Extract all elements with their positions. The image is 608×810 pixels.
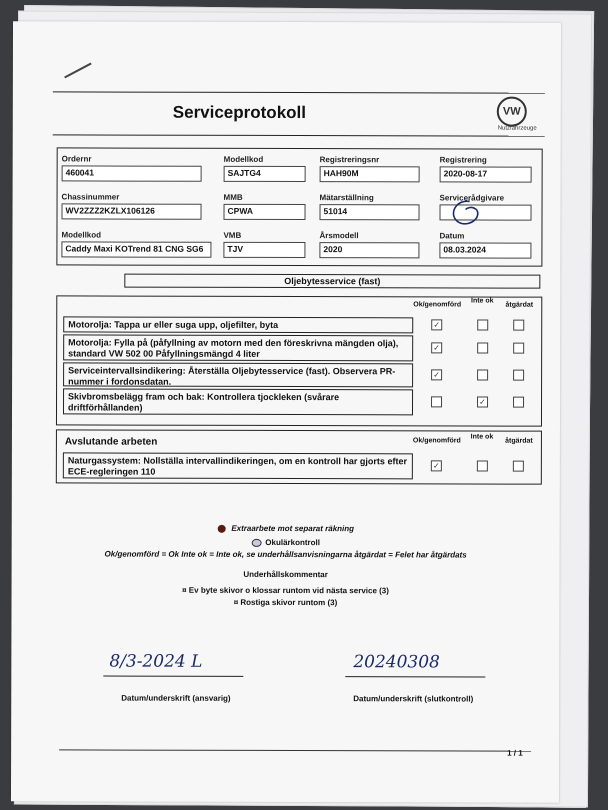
checkbox-inte-ok[interactable] xyxy=(477,460,488,471)
comment-item: ¤ Rostiga skivor runtom (3) xyxy=(11,597,559,607)
col-atgardat: åtgärdat xyxy=(501,438,537,445)
table-row: Naturgassystem: Nollställa intervallindi… xyxy=(63,452,413,479)
modellkod-field: Modellkod SAJTG4 xyxy=(224,155,306,182)
service-protocol-page: Serviceprotokoll VW Nutzfahrzeuge Ordern… xyxy=(11,21,561,802)
right-signature-label: Datum/underskrift (slutkontroll) xyxy=(353,694,473,703)
final-work-table: Avslutande arbeten Ok/genomförd Inte ok … xyxy=(56,429,542,484)
legend-extra: Extraarbete mot separat räkning xyxy=(12,523,560,533)
mmb-field: MMB CPWA xyxy=(224,193,306,220)
checkbox-atgardat[interactable] xyxy=(513,320,524,331)
legend-explanation: Ok/genomförd = Ok Inte ok = Inte ok, se … xyxy=(12,549,560,559)
checkbox-atgardat[interactable] xyxy=(513,397,524,408)
checkbox-ok[interactable] xyxy=(431,396,442,407)
checkbox-inte-ok[interactable] xyxy=(477,343,488,354)
table-row: Motorolja: Tappa ur eller suga upp, olje… xyxy=(63,316,413,333)
oil-section-title: Oljebytesservice (fast) xyxy=(124,274,540,289)
page-title: Serviceprotokoll xyxy=(173,103,306,123)
datum-field: Datum 08.03.2024 xyxy=(439,231,531,258)
table-row: Skivbromsbelägg fram och bak: Kontroller… xyxy=(63,388,413,415)
extra-work-dot-icon xyxy=(217,525,225,533)
checkbox-inte-ok[interactable] xyxy=(477,370,488,381)
checkbox-ok[interactable]: ✓ xyxy=(431,369,442,380)
ordernr-field: Ordernr 460041 xyxy=(62,154,202,181)
right-signature-line xyxy=(345,676,485,677)
pen-mark xyxy=(64,63,91,79)
comment-item: ¤ Ev byte skivor o klossar runtom vid nä… xyxy=(12,585,560,595)
vehicle-info-box: Ordernr 460041 Modellkod SAJTG4 Registre… xyxy=(56,147,542,266)
vw-logo-icon: VW xyxy=(497,97,527,127)
eye-icon xyxy=(251,539,261,547)
chassinummer-field: Chassinummer WV2ZZZ2KZLX106126 xyxy=(62,192,202,219)
checkbox-ok[interactable]: ✓ xyxy=(431,319,442,330)
col-inte-ok: Inte ok xyxy=(469,433,495,440)
footer-divider xyxy=(59,749,531,751)
brand-subtitle: Nutzfahrzeuge xyxy=(498,126,537,132)
advisor-signature xyxy=(439,193,499,233)
table-row: Serviceintervallsindikering: Återställa … xyxy=(63,362,413,387)
checkbox-atgardat[interactable] xyxy=(513,370,524,381)
checkbox-inte-ok[interactable] xyxy=(477,320,488,331)
right-signature: 20240308 xyxy=(353,652,440,672)
arsmodell-field: Årsmodell 2020 xyxy=(319,231,419,258)
document-header: Serviceprotokoll VW Nutzfahrzeuge xyxy=(53,91,545,136)
legend-visual: Okulärkontroll xyxy=(12,537,560,547)
col-ok: Ok/genomförd xyxy=(413,437,459,444)
checkbox-ok[interactable]: ✓ xyxy=(431,342,442,353)
comments-title: Underhållskommentar xyxy=(12,569,560,579)
table-row: Motorolja: Fylla på (påfyllning av motor… xyxy=(63,334,413,361)
page-number: 1 / 1 xyxy=(507,749,523,758)
registrering-field: Registrering 2020-08-17 xyxy=(440,155,532,182)
matarstallning-field: Mätarställning 51014 xyxy=(320,193,420,220)
modellkod-description-field: Modellkod Caddy Maxi KOTrend 81 CNG SG6 xyxy=(61,230,211,257)
oil-service-table: Ok/genomförd Inte ok åtgärdat Motorolja:… xyxy=(56,295,542,426)
checkbox-atgardat[interactable] xyxy=(513,343,524,354)
left-signature-line xyxy=(103,676,243,677)
left-signature-label: Datum/underskrift (ansvarig) xyxy=(121,694,230,703)
vmb-field: VMB TJV xyxy=(223,231,305,258)
registreringsnr-field: Registreringsnr HAH90M xyxy=(320,155,420,182)
checkbox-atgardat[interactable] xyxy=(513,461,524,472)
col-ok: Ok/genomförd xyxy=(413,301,459,308)
col-atgardat: åtgärdat xyxy=(501,302,537,309)
checkbox-ok[interactable]: ✓ xyxy=(431,460,442,471)
left-signature: 8/3-2024 L xyxy=(109,652,202,672)
final-section-title: Avslutande arbeten xyxy=(65,436,157,447)
checkbox-inte-ok[interactable]: ✓ xyxy=(477,397,488,408)
col-inte-ok: Inte ok xyxy=(469,297,495,304)
